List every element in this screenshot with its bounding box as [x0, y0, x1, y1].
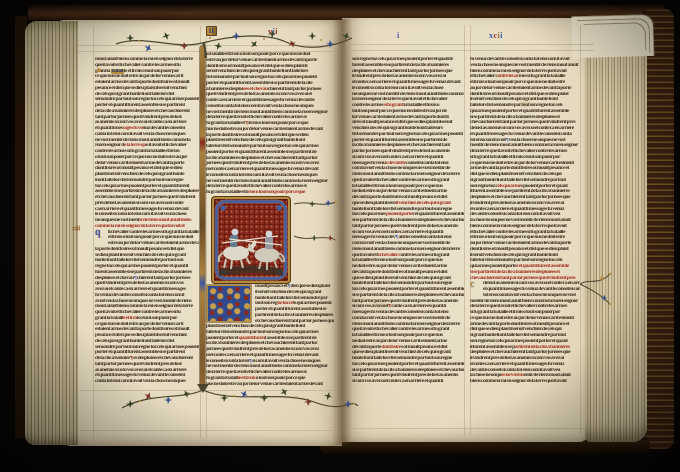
pen-flourished-initial: q: [95, 228, 100, 238]
margin-spray-right: [578, 264, 614, 308]
ink-spot: [97, 68, 101, 72]
manuscript-text-line: biens comme la roi en seignor de la terr…: [470, 379, 580, 385]
text-column-left-b-top: la bataille et li rois o tout son pooir …: [206, 52, 334, 197]
manuscript-text-line: fu grant la bataille et li rois o tout s…: [206, 190, 334, 196]
initial-pendant-ornament: [207, 285, 251, 322]
margin-chapter-number: xiii: [72, 226, 80, 232]
manuscript-text-line: si com vos avez oi el conte ca en arrier…: [352, 379, 464, 385]
text-column-left-b-bottom: plaist il seroit venchiez de cels qui si…: [206, 324, 334, 388]
book-cover-edge-bottom: [320, 440, 650, 454]
ruling-line: [352, 428, 592, 429]
text-column-left-b-beside-ornament: moult pesance et¶ dist que se dieu plais…: [255, 284, 334, 325]
running-header-number-i: i: [397, 31, 400, 40]
illuminated-initial-miniature: [212, 197, 290, 283]
initial-side-sprays: [292, 198, 338, 244]
fore-edge-leaves: [585, 26, 647, 442]
ruling-line: [346, 50, 594, 51]
ruling-line: [580, 25, 581, 435]
jousting-knights-scene: [214, 199, 288, 281]
ground: [219, 266, 283, 277]
parchment-stain: [520, 100, 532, 107]
running-header-number-xcii: xcii: [489, 31, 503, 40]
ruling-line: [80, 430, 338, 431]
ruling-line: [350, 25, 351, 435]
ruling-line: [93, 26, 94, 438]
book-cover-edge-right: [643, 9, 674, 449]
ruling-line: [464, 25, 465, 435]
pen-flourished-initial: c: [470, 280, 474, 290]
ivy-border-bottom: [112, 384, 362, 418]
text-column-right-a: son regne toz cels qui armes pooient por…: [352, 57, 464, 386]
parchment-stain: [372, 300, 388, 309]
text-column-left-a: mout anuit biens comme la roi en seignor…: [95, 57, 199, 386]
ivy-border-top: [114, 28, 354, 58]
ruling-line: [346, 44, 594, 45]
header-letter: i: [500, 31, 503, 40]
page-corner-layer: [584, 22, 647, 52]
left-leaf-edges: [25, 21, 78, 445]
ivy-bar-border: [200, 46, 205, 390]
manuscript-photo: li vii i xcii xiii mout anuit biens comm…: [0, 0, 680, 472]
header-letter: i: [397, 31, 400, 40]
